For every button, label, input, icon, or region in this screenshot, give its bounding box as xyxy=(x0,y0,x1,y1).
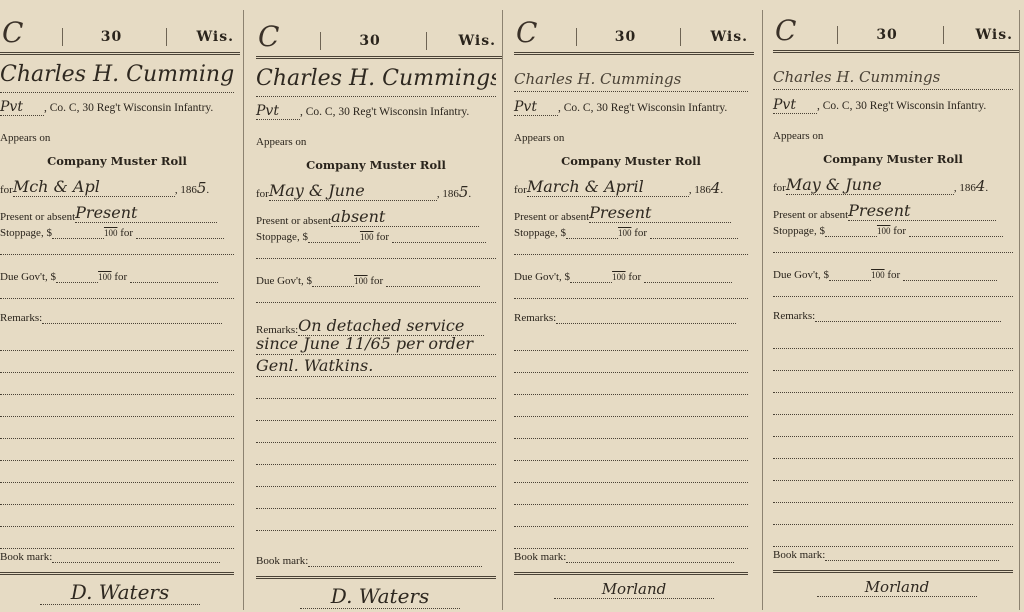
due-govt-row: Due Gov't, $ 100 for xyxy=(256,274,496,292)
due-govt-label: Due Gov't, $ xyxy=(256,275,312,287)
remarks-line xyxy=(773,438,1013,459)
remarks-label: Remarks: xyxy=(773,310,815,322)
present-absent-label: Present or absent xyxy=(256,215,331,227)
company-regiment-label: , Co. C, 30 Reg't Wisconsin Infantry. xyxy=(300,106,469,118)
company-letter: C xyxy=(775,14,796,47)
rank: Pvt xyxy=(773,97,817,114)
remarks-line xyxy=(514,330,748,351)
remarks-line xyxy=(256,422,496,443)
stoppage-label: Stoppage, $ xyxy=(0,227,52,239)
stoppage-row: Stoppage, $ 100 for xyxy=(0,226,234,244)
state-abbrev: Wis. xyxy=(710,29,748,45)
book-mark-label: Book mark: xyxy=(256,555,308,567)
remarks-field xyxy=(556,323,736,324)
regiment-number: 30 xyxy=(615,29,636,45)
card-separator xyxy=(1019,10,1020,610)
for-label: for xyxy=(773,182,786,194)
stoppage-row: Stoppage, $ 100 for xyxy=(256,230,496,248)
state-abbrev: Wis. xyxy=(975,27,1013,43)
appears-on-label: Appears on xyxy=(0,132,50,144)
remarks-row: Remarks: xyxy=(773,310,1013,328)
blank-line xyxy=(773,252,1013,253)
soldier-name: Charles H. Cummings xyxy=(256,66,496,97)
copyist-signature: Morland xyxy=(554,580,714,599)
cents-mark: 100 xyxy=(360,232,374,242)
card-header: C 30 Wis. xyxy=(0,26,240,55)
regiment-number: 30 xyxy=(359,33,380,49)
remarks-value: On detached service xyxy=(298,316,464,335)
stoppage-label: Stoppage, $ xyxy=(773,225,825,237)
remarks-line xyxy=(0,484,234,505)
due-govt-row: Due Gov't, $ 100 for xyxy=(514,270,748,288)
remarks-line xyxy=(773,372,1013,393)
header-divider xyxy=(320,32,321,50)
remarks-label: Remarks: xyxy=(514,312,556,324)
book-mark-label: Book mark: xyxy=(773,549,825,561)
for-label: for xyxy=(634,227,647,239)
blank-line xyxy=(514,298,748,299)
for-label: for xyxy=(0,184,13,196)
period-row: forMay & June, 1864. xyxy=(773,175,1013,193)
header-divider xyxy=(426,32,427,50)
year-digit: 4 xyxy=(976,177,986,195)
remarks-line xyxy=(773,328,1013,349)
remarks-line xyxy=(773,460,1013,481)
for-label: for xyxy=(514,184,527,196)
remarks-line xyxy=(773,350,1013,371)
state-abbrev: Wis. xyxy=(196,29,234,45)
muster-card: C 30 Wis. Charles H. Cummings Pvt, Co. C… xyxy=(256,0,502,612)
remarks-field: On detached service xyxy=(298,316,484,336)
remarks-line xyxy=(514,440,748,461)
stoppage-label: Stoppage, $ xyxy=(514,227,566,239)
for-label: for xyxy=(120,227,133,239)
remarks-line xyxy=(773,394,1013,415)
status-row: Present or absentPresent xyxy=(0,203,234,221)
roll-title: Company Muster Roll xyxy=(514,154,748,168)
period-row: forMay & June, 1865. xyxy=(256,181,496,199)
status-row: Present or absentPresent xyxy=(514,203,748,221)
status-value: absent xyxy=(331,207,385,226)
card-separator xyxy=(502,10,503,610)
year-prefix: , 186 xyxy=(954,182,976,194)
muster-card: C 30 Wis. Charles H. Cummings Pvt, Co. C… xyxy=(0,0,240,612)
for-label: for xyxy=(628,271,641,283)
remarks-line xyxy=(514,418,748,439)
cents-mark: 100 xyxy=(354,276,368,286)
card-footer-rule xyxy=(514,572,748,575)
soldier-name: Charles H. Cummings xyxy=(773,60,1013,90)
stoppage-row: Stoppage, $ 100 for xyxy=(514,226,748,244)
status-value: Present xyxy=(848,201,910,220)
remarks-line xyxy=(256,378,496,399)
period-field: Mch & Apl xyxy=(13,177,175,197)
year-prefix: , 186 xyxy=(437,188,459,200)
blank-line xyxy=(0,298,234,299)
state-abbrev: Wis. xyxy=(458,33,496,49)
rank-company-line: Pvt, Co. C, 30 Reg't Wisconsin Infantry. xyxy=(0,99,234,116)
present-absent-label: Present or absent xyxy=(0,211,75,223)
book-mark-label: Book mark: xyxy=(0,551,52,563)
remarks-line xyxy=(514,462,748,483)
year-digit: 5 xyxy=(197,179,207,197)
appears-on-label: Appears on xyxy=(514,132,564,144)
due-govt-label: Due Gov't, $ xyxy=(773,269,829,281)
remarks-line xyxy=(256,510,496,531)
roll-title: Company Muster Roll xyxy=(256,158,496,172)
remarks-line xyxy=(0,462,234,483)
period-value: May & June xyxy=(786,175,882,194)
header-divider xyxy=(837,26,838,44)
remarks-line xyxy=(514,484,748,505)
appears-on-label: Appears on xyxy=(256,136,306,148)
period-value: Mch & Apl xyxy=(13,177,100,196)
book-mark-label: Book mark: xyxy=(514,551,566,563)
remarks-line xyxy=(514,374,748,395)
regiment-number: 30 xyxy=(876,27,897,43)
card-header: C 30 Wis. xyxy=(514,26,754,55)
card-footer-rule xyxy=(773,570,1013,573)
cents-mark: 100 xyxy=(877,226,891,236)
book-mark-row: Book mark: xyxy=(0,550,234,568)
header-divider xyxy=(166,28,167,46)
card-header: C 30 Wis. xyxy=(256,30,502,59)
remarks-line xyxy=(0,396,234,417)
book-mark-row: Book mark: xyxy=(773,548,1013,566)
period-value: March & April xyxy=(527,177,644,196)
period-value: May & June xyxy=(269,181,365,200)
card-footer-rule xyxy=(0,572,234,575)
status-row: Present or absentPresent xyxy=(773,201,1013,219)
blank-line xyxy=(256,258,496,259)
status-value: Present xyxy=(75,203,137,222)
rank-company-line: Pvt, Co. C, 30 Reg't Wisconsin Infantry. xyxy=(773,97,1013,114)
status-value: Present xyxy=(589,203,651,222)
remarks-line xyxy=(0,330,234,351)
remarks-line xyxy=(773,416,1013,437)
blank-line xyxy=(514,254,748,255)
for-label: for xyxy=(370,275,383,287)
remarks-line xyxy=(0,506,234,527)
remarks-line xyxy=(256,488,496,509)
due-govt-label: Due Gov't, $ xyxy=(514,271,570,283)
remarks-line: Genl. Watkins. xyxy=(256,356,496,377)
appears-on-label: Appears on xyxy=(773,130,823,142)
for-label: for xyxy=(114,271,127,283)
remarks-row: Remarks: xyxy=(514,312,748,330)
year-prefix: , 186 xyxy=(689,184,711,196)
header-divider xyxy=(576,28,577,46)
remarks-line xyxy=(0,528,234,549)
card-separator xyxy=(762,10,763,610)
copyist-signature: D. Waters xyxy=(40,580,200,605)
cents-mark: 100 xyxy=(618,228,632,238)
remarks-label: Remarks: xyxy=(0,312,42,324)
year-digit: 5 xyxy=(459,183,469,201)
company-regiment-label: , Co. C, 30 Reg't Wisconsin Infantry. xyxy=(44,102,213,114)
muster-card: C 30 Wis. Charles H. Cummings Pvt, Co. C… xyxy=(514,0,754,612)
soldier-name: Charles H. Cummings xyxy=(514,62,748,92)
status-field: Present xyxy=(848,201,996,221)
regiment-number: 30 xyxy=(101,29,122,45)
card-footer-rule xyxy=(256,576,496,579)
cents-mark: 100 xyxy=(104,228,118,238)
remarks-line xyxy=(773,482,1013,503)
company-regiment-label: , Co. C, 30 Reg't Wisconsin Infantry. xyxy=(558,102,727,114)
present-absent-label: Present or absent xyxy=(773,209,848,221)
blank-line xyxy=(773,296,1013,297)
card-separator xyxy=(243,10,244,610)
book-mark-row: Book mark: xyxy=(256,554,496,572)
year-prefix: , 186 xyxy=(175,184,197,196)
company-letter: C xyxy=(2,16,23,49)
due-govt-row: Due Gov't, $ 100 for xyxy=(773,268,1013,286)
year-digit: 4 xyxy=(711,179,721,197)
card-header: C 30 Wis. xyxy=(773,24,1019,53)
remarks-line xyxy=(514,396,748,417)
remarks-line xyxy=(773,504,1013,525)
period-field: March & April xyxy=(527,177,689,197)
cents-mark: 100 xyxy=(98,272,112,282)
copyist-signature: Morland xyxy=(817,578,977,597)
cents-mark: 100 xyxy=(871,270,885,280)
remarks-field xyxy=(42,323,222,324)
company-letter: C xyxy=(516,16,537,49)
header-divider xyxy=(62,28,63,46)
remarks-row: Remarks: xyxy=(0,312,234,330)
remarks-line xyxy=(514,506,748,527)
rank: Pvt xyxy=(514,99,558,116)
stoppage-label: Stoppage, $ xyxy=(256,231,308,243)
remarks-field xyxy=(815,321,1001,322)
blank-line xyxy=(256,302,496,303)
status-row: Present or absentabsent xyxy=(256,207,496,225)
rank: Pvt xyxy=(0,99,44,116)
company-letter: C xyxy=(258,20,279,53)
company-regiment-label: , Co. C, 30 Reg't Wisconsin Infantry. xyxy=(817,100,986,112)
present-absent-label: Present or absent xyxy=(514,211,589,223)
for-label: for xyxy=(376,231,389,243)
status-field: absent xyxy=(331,207,479,227)
period-row: forMarch & April, 1864. xyxy=(514,177,748,195)
stoppage-row: Stoppage, $ 100 for xyxy=(773,224,1013,242)
header-divider xyxy=(943,26,944,44)
roll-title: Company Muster Roll xyxy=(0,154,234,168)
for-label: for xyxy=(887,269,900,281)
remarks-line xyxy=(773,526,1013,547)
remarks-line: since June 11/65 per order xyxy=(256,334,496,355)
copyist-signature: D. Waters xyxy=(300,584,460,609)
soldier-name: Charles H. Cummings xyxy=(0,62,234,93)
muster-card: C 30 Wis. Charles H. Cummings Pvt, Co. C… xyxy=(773,0,1019,612)
for-label: for xyxy=(893,225,906,237)
period-row: forMch & Apl, 1865. xyxy=(0,177,234,195)
blank-line xyxy=(0,254,234,255)
for-label: for xyxy=(256,188,269,200)
remarks-row: Remarks:On detached service xyxy=(256,316,496,334)
rank-company-line: Pvt, Co. C, 30 Reg't Wisconsin Infantry. xyxy=(256,103,496,120)
remarks-line xyxy=(0,374,234,395)
remarks-line xyxy=(514,528,748,549)
status-field: Present xyxy=(589,203,731,223)
remarks-line xyxy=(0,352,234,373)
remarks-line xyxy=(0,418,234,439)
header-divider xyxy=(680,28,681,46)
roll-title: Company Muster Roll xyxy=(773,152,1013,166)
period-field: May & June xyxy=(269,181,437,201)
remarks-line xyxy=(514,352,748,373)
rank-company-line: Pvt, Co. C, 30 Reg't Wisconsin Infantry. xyxy=(514,99,748,116)
due-govt-row: Due Gov't, $ 100 for xyxy=(0,270,234,288)
remarks-line xyxy=(256,400,496,421)
rank: Pvt xyxy=(256,103,300,120)
remarks-line xyxy=(0,440,234,461)
status-field: Present xyxy=(75,203,217,223)
due-govt-label: Due Gov't, $ xyxy=(0,271,56,283)
cents-mark: 100 xyxy=(612,272,626,282)
remarks-line xyxy=(256,466,496,487)
remarks-line xyxy=(256,444,496,465)
period-field: May & June xyxy=(786,175,954,195)
book-mark-row: Book mark: xyxy=(514,550,748,568)
